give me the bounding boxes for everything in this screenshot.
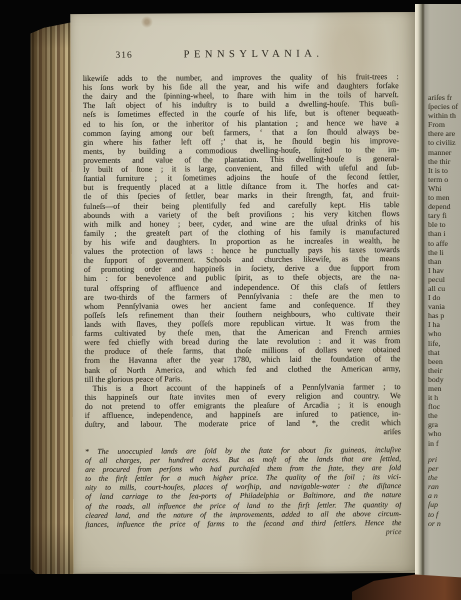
- next-page-fragment: it h: [428, 393, 461, 402]
- next-page-fragment: than: [428, 257, 461, 266]
- next-page-footnote-fragment: per: [428, 464, 461, 473]
- next-page-footnote-fragment: ran: [428, 482, 461, 491]
- next-page-fragment: in f: [428, 439, 461, 448]
- page-content: 316 PENNSYLVANIA. likewiſe adds to the n…: [82, 12, 401, 573]
- next-page-fragment: life,: [428, 339, 461, 348]
- next-page-footnote-fragment: the: [428, 473, 461, 482]
- next-page-fragment: within th: [428, 111, 461, 120]
- next-page-fragment: than i: [428, 229, 461, 238]
- footnote-text: * The unoccupied lands are ſold by the ſ…: [85, 445, 401, 529]
- next-page-fragment: the: [428, 411, 461, 420]
- next-page-fragment: depend: [428, 202, 461, 211]
- catchword: ariſes: [85, 427, 415, 438]
- next-page-footnote-fragments: pripertherana nſupto for n: [428, 455, 461, 528]
- next-page-fragment: I ha: [428, 320, 461, 329]
- next-page-fragment: who: [428, 429, 461, 438]
- next-page-footnote-fragment: or n: [428, 519, 461, 528]
- next-page-fragment: manner: [428, 148, 461, 157]
- next-page-fragment: body: [428, 375, 461, 384]
- next-page-fragment: pecul: [428, 275, 461, 284]
- next-page-fragment: all cu: [428, 284, 461, 293]
- next-page-sliver: ariſes frſpecies ofwithin thFromthere ar…: [415, 4, 461, 596]
- next-page-fragment: floc: [428, 402, 461, 411]
- next-page-fragment: I do: [428, 293, 461, 302]
- next-page-fragment: that: [428, 348, 461, 357]
- next-page-fragment: vania: [428, 302, 461, 311]
- book-photo: 316 PENNSYLVANIA. likewiſe adds to the n…: [0, 0, 461, 600]
- next-page-footnote-fragment: ſup: [428, 500, 461, 509]
- next-page-fragment: the li: [428, 248, 461, 257]
- next-page-fragment: to men: [428, 193, 461, 202]
- next-page-fragment: tary fi: [428, 211, 461, 220]
- next-page-fragment: men: [428, 384, 461, 393]
- next-page-fragment: ſpecies of: [428, 102, 461, 111]
- footnote-catchword: price: [85, 527, 407, 538]
- next-page-fragment: gra: [428, 420, 461, 429]
- running-title: PENNSYLVANIA.: [83, 48, 399, 61]
- next-page-footnote-fragment: pri: [428, 455, 461, 464]
- body-text: likewiſe adds to the number, and improve…: [83, 72, 401, 429]
- next-page-fragment: to civiliz: [428, 138, 461, 147]
- main-page: 316 PENNSYLVANIA. likewiſe adds to the n…: [70, 12, 421, 575]
- next-page-fragment: who: [428, 329, 461, 338]
- next-page-fragment: has p: [428, 311, 461, 320]
- next-page-fragment: to affe: [428, 239, 461, 248]
- next-page-fragment: I hav: [428, 266, 461, 275]
- next-page-fragment: From: [428, 120, 461, 129]
- next-page-fragment: been: [428, 357, 461, 366]
- body-line: bank of North America, and which fed and…: [84, 364, 400, 375]
- next-page-fragment: Whi: [428, 184, 461, 193]
- next-page-fragment: there are: [428, 129, 461, 138]
- next-page-fragment: ariſes fr: [428, 93, 461, 102]
- next-page-fragment: ble to: [428, 220, 461, 229]
- page-header: 316 PENNSYLVANIA.: [83, 49, 399, 64]
- next-page-footnote-fragment: to f: [428, 510, 461, 519]
- next-page-footnote-fragment: a n: [428, 491, 461, 500]
- next-page-fragment: It is to: [428, 166, 461, 175]
- next-page-fragment: their: [428, 366, 461, 375]
- next-page-text-fragments: ariſes frſpecies ofwithin thFromthere ar…: [428, 93, 461, 448]
- next-page-fragment: term o: [428, 175, 461, 184]
- next-page-fragment: the thir: [428, 157, 461, 166]
